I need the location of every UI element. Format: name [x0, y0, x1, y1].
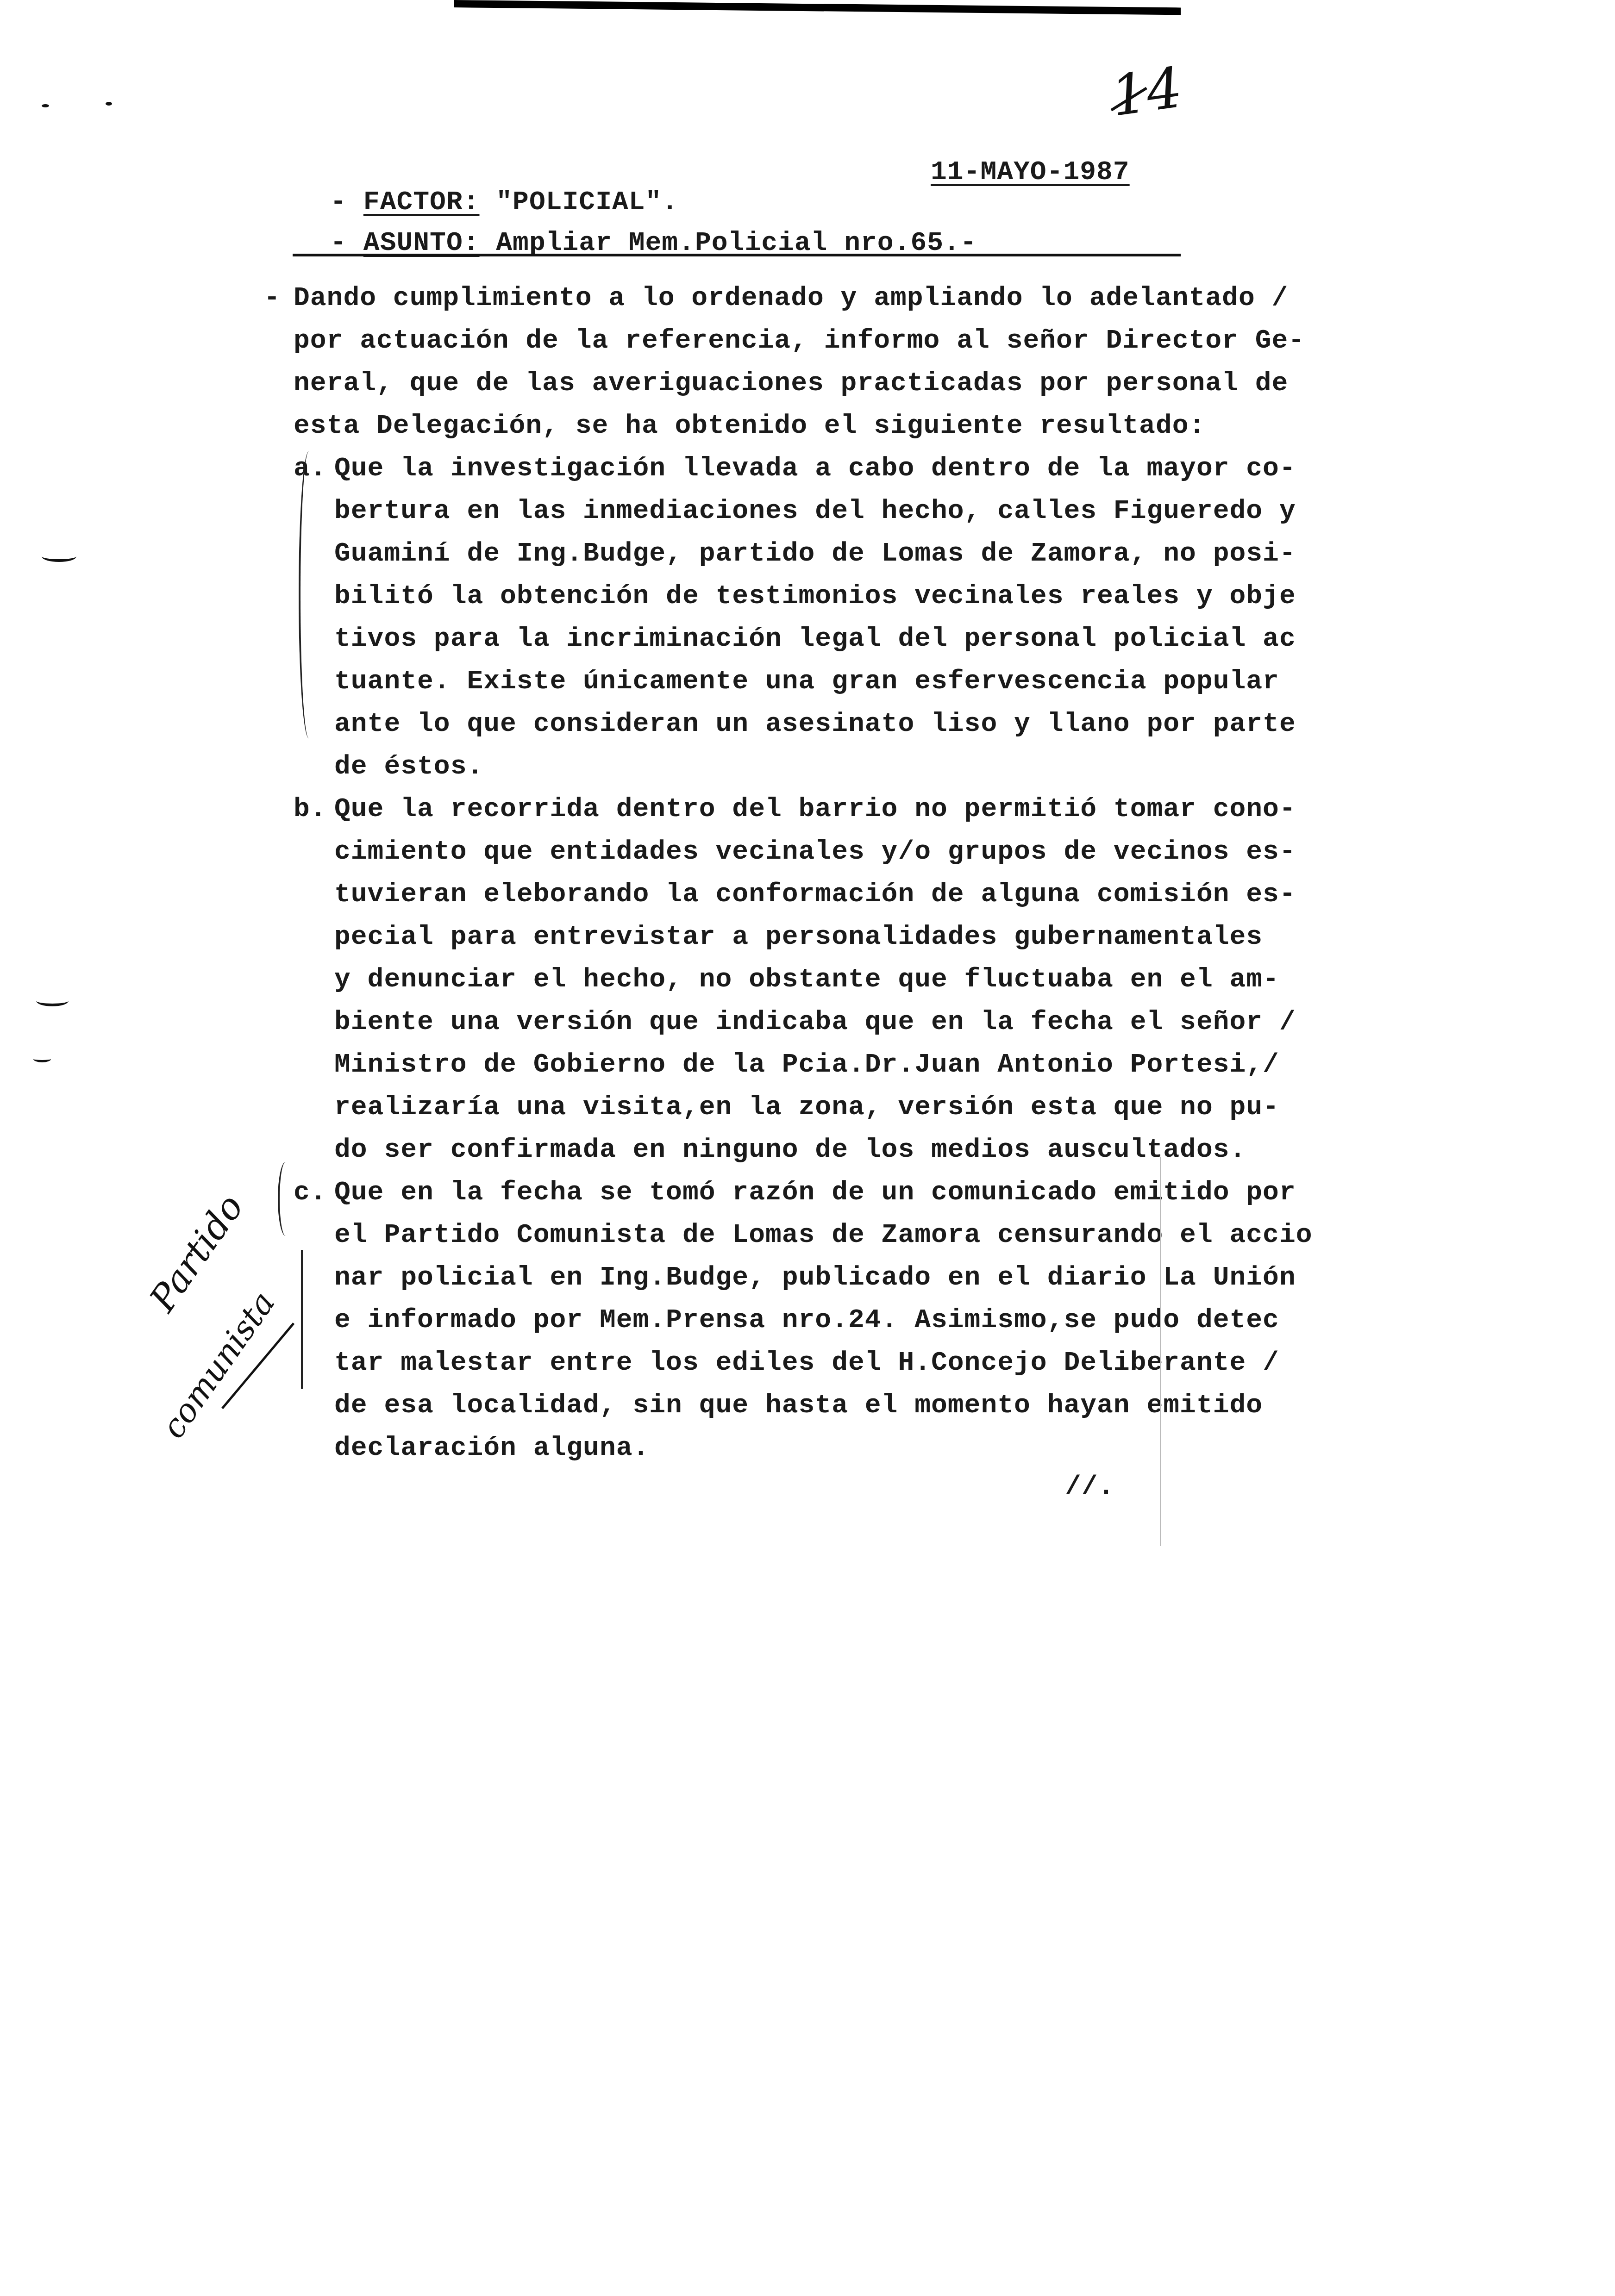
item-a-line: bilitó la obtención de testimonios vecin… — [334, 581, 1296, 611]
item-b-line: Ministro de Gobierno de la Pcia.Dr.Juan … — [334, 1050, 1279, 1080]
intro-line: esta Delegación, se ha obtenido el sigui… — [294, 411, 1205, 441]
item-b-line: realizaría una visita,en la zona, versió… — [334, 1092, 1279, 1123]
item-b-marker: b. — [294, 794, 327, 824]
item-a-line: de éstos. — [334, 752, 483, 782]
intro-line: Dando cumplimiento a lo ordenado y ampli… — [294, 283, 1288, 313]
item-a-line: tivos para la incriminación legal del pe… — [334, 624, 1296, 654]
header-asunto-row: - ASUNTO: Ampliar Mem.Policial nro.65.- — [264, 198, 977, 288]
handwritten-bracket-a — [299, 451, 319, 738]
item-a-line: ante lo que consideran un asesinato liso… — [334, 709, 1296, 739]
scan-arc-mark — [36, 995, 69, 1006]
intro-bullet: - — [264, 283, 281, 313]
item-b-line: do ser confirmada en ninguno de los medi… — [334, 1135, 1246, 1165]
handwritten-bracket-c-side — [301, 1250, 312, 1389]
scan-mark — [42, 104, 49, 107]
item-c-line: e informado por Mem.Prensa nro.24. Asimi… — [334, 1305, 1279, 1335]
document-date: 11-MAYO-1987 — [931, 157, 1130, 187]
item-b-line: tuvieran eleborando la conformación de a… — [334, 880, 1296, 910]
margin-note-partido: Partido — [142, 1187, 252, 1319]
scan-edge-bar — [454, 0, 1181, 15]
item-c-line: nar policial en Ing.Budge, publicado en … — [334, 1263, 1296, 1293]
page-number: 14 — [1107, 56, 1186, 129]
item-c-marker: c. — [294, 1178, 327, 1208]
item-c-line: el Partido Comunista de Lomas de Zamora … — [334, 1220, 1313, 1250]
item-b-line: y denunciar el hecho, no obstante que fl… — [334, 965, 1279, 995]
item-a-line: Que la investigación llevada a cabo dent… — [334, 454, 1296, 484]
scan-arc-mark — [42, 551, 76, 562]
header-rule — [293, 254, 1181, 256]
item-b-line: cimiento que entidades vecinales y/o gru… — [334, 837, 1296, 867]
item-b-line: biente una versión que indicaba que en l… — [334, 1007, 1296, 1037]
item-b-line: pecial para entrevistar a personalidades… — [334, 922, 1263, 952]
handwritten-bracket-c-top — [278, 1162, 294, 1236]
item-c-line: Que en la fecha se tomó razón de un comu… — [334, 1178, 1296, 1208]
item-c-line: de esa localidad, sin que hasta el momen… — [334, 1391, 1263, 1421]
scan-right-edge — [1160, 1157, 1161, 1546]
item-b-line: Que la recorrida dentro del barrio no pe… — [334, 794, 1296, 824]
scan-mark — [106, 102, 112, 106]
intro-line: neral, que de las averiguaciones practic… — [294, 368, 1288, 399]
continuation-mark: //. — [1065, 1472, 1114, 1502]
item-c-line: declaración alguna. — [334, 1433, 649, 1463]
item-a-line: bertura en las inmediaciones del hecho, … — [334, 496, 1296, 526]
item-a-line: Guaminí de Ing.Budge, partido de Lomas d… — [334, 539, 1296, 569]
item-a-line: tuante. Existe únicamente una gran esfer… — [334, 667, 1279, 697]
intro-line: por actuación de la referencia, informo … — [294, 326, 1305, 356]
item-c-line: tar malestar entre los ediles del H.Conc… — [334, 1348, 1279, 1378]
scan-arc-mark — [33, 1055, 51, 1062]
document-page: 14 - FACTOR: "POLICIAL". 11-MAYO-1987 - … — [0, 0, 1615, 2296]
